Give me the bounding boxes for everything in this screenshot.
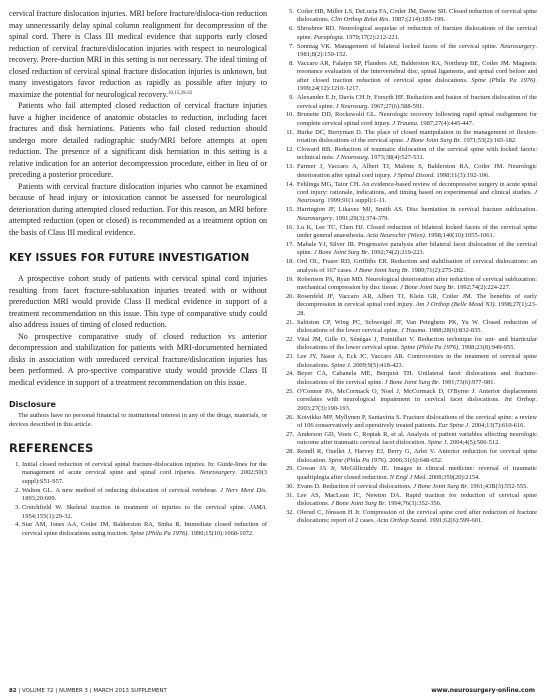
reference-journal: J Bone Joint Surg Br [413,483,467,490]
reference-citation: . 1961;43B(3):552-555. [467,483,528,490]
references-heading: REFERENCES [9,441,267,455]
journal-page: cervical fracture dislocation injuries. … [9,8,537,690]
reference-item: 15.Harrington JF, Likavec MJ, Smith AS. … [283,206,537,223]
paragraph-key-issue-1: A prospective cohort study of patients w… [9,273,267,331]
paragraph-text: cervical fracture dislocation injuries. … [9,9,267,99]
reference-item: 3.Crutchfield W. Skeletal traction in tr… [9,504,267,521]
issue-info: | VOLUME 72 | NUMBER 3 | MARCH 2013 SUPP… [17,688,167,694]
reference-citation: . 1973;38(4):527-531. [368,154,425,161]
disclosure-text: The authors have no personal financial o… [9,412,267,429]
reference-number: 10. [283,111,294,119]
reference-journal: Spine J [331,362,350,369]
reference-journal: Spine J [428,439,447,446]
reference-journal: Eur Spine J [438,422,468,429]
reference-journal: Am J Orthop (Belle Mead NJ) [416,301,495,308]
reference-journal: J Nerv Ment Dis [220,487,265,494]
reference-number: 9. [283,94,294,102]
reference-list-right: 5.Cotler HB, Miller LS, DeLucia FA, Cotl… [283,8,537,526]
reference-journal: Neurosurgery [500,43,535,50]
reference-number: 31. [283,492,294,500]
reference-item: 17.Mahale YJ, Silver JR. Progressive par… [283,241,537,258]
reference-item: 18.Ord OL, Fraser RD, Griffiths ER. Redu… [283,258,537,275]
reference-item: 27.Anderson GD, Voets C, Ropiak R, et al… [283,431,537,448]
reference-journal: J Neurosurg [336,103,368,110]
reference-citation: . 1998;23(8):949-955. [458,344,515,351]
reference-journal: N Engl J Med [390,474,426,481]
reference-item: 29.Cowan JA Jr, McGillicuddy JE. Images … [283,465,537,482]
reference-number: 23. [283,353,294,361]
paragraph-mri-timing: cervical fracture dislocation injuries. … [9,8,267,100]
reference-number: 4. [9,521,20,529]
reference-journal: Int Orthop [505,396,536,403]
reference-journal: J Neurosurg [336,154,368,161]
reference-citation: . 2004;4(5):506-512. [446,439,499,446]
reference-item: 31.Lee AS, MacLean JC, Newton DA. Rapid … [283,492,537,509]
page-number: 82 [9,688,17,694]
reference-journal: Neurosurgery [200,469,235,476]
reference-citation: . 2006;31(6):648-652. [386,457,443,464]
reference-item: 12.Cloward RB. Reduction of traumatic di… [283,146,537,163]
reference-text: O'Connor PA, McCormack O, Noel J, McCorm… [297,388,537,403]
reference-number: 24. [283,370,294,378]
reference-text: Crutchfield W. Skeletal traction in trea… [22,504,249,511]
reference-item: 25.O'Connor PA, McCormack O, Noel J, McC… [283,388,537,413]
reference-text: Anderson GD, Voets C, Ropiak R, et al. A… [297,431,537,446]
reference-number: 22. [283,336,294,344]
reference-item: 30.Evans D. Reduction of cervical disloc… [283,483,537,491]
reference-item: 2.Walton GL. A new method of reducing di… [9,487,267,504]
reference-citation: . 1991;73(6):977-981. [438,379,495,386]
reference-citation: . 1989;71(2):275-282. [408,267,465,274]
reference-journal: J Bone Joint Surg Br [331,500,385,507]
reference-citation: . 1988;28(6):832-835. [425,327,482,334]
reference-item: 7.Sonntag VK. Management of bilateral lo… [283,43,537,60]
reference-number: 21. [283,319,294,327]
reference-journal: JAMA [249,504,265,511]
reference-number: 16. [283,224,294,232]
reference-list-left: 1.Initial closed reduction of cervical s… [9,461,267,538]
reference-journal: Neurosurgery [297,215,332,222]
reference-item: 21.Sabiston CP, Wing PC, Schweigel JF, V… [283,319,537,336]
reference-number: 1. [9,461,20,469]
disclosure-heading: Disclosure [9,400,267,409]
reference-journal: Spine (Phila Pa 1976) [471,77,535,84]
reference-number: 27. [283,431,294,439]
reference-number: 30. [283,483,294,491]
reference-text: Evans D. Reduction of cervical dislocati… [297,483,413,490]
reference-number: 14. [283,181,294,189]
reference-journal: Paraplegia [314,34,343,41]
reference-text: Walton GL. A new method of reducing disl… [22,487,220,494]
left-column: cervical fracture dislocation injuries. … [9,8,267,539]
reference-journal: Acta Orthop Scand [377,517,426,524]
reference-item: 28.Reindl R, Ouellet J, Harvey EJ, Berry… [283,448,537,465]
reference-journal: Spine (Phila Pa 1976) [328,457,385,464]
reference-number: 29. [283,465,294,473]
reference-journal: J Trauma [401,327,426,334]
reference-citation: . 1987;(214):185-199. [388,16,445,23]
reference-item: 4.Star AM, Jones AA, Cotler JM, Balderst… [9,521,267,538]
reference-item: 26.Koivikko MP, Myllynen P, Santavirta S… [283,414,537,431]
reference-number: 8. [283,60,294,68]
reference-number: 2. [9,487,20,495]
reference-journal: Spine (Phila Pa 1976) [130,530,187,537]
reference-number: 11. [283,129,294,137]
reference-item: 9.Alexander E Jr, Davis CH Jr, Forsyth H… [283,94,537,111]
reference-item: 14.Fehlings MG, Tator CH. An evidence-ba… [283,181,537,206]
reference-number: 7. [283,43,294,51]
reference-number: 17. [283,241,294,249]
reference-journal: J Bone Joint Surg Br [385,379,439,386]
reference-citation: . 1998;11(3):192-196. [433,172,489,179]
reference-number: 28. [283,448,294,456]
reference-citation: . 1987;27(4):445-447. [417,120,474,127]
reference-citation: . 1967;27(6):588-591. [367,103,424,110]
footer-issue-info: 82 | VOLUME 72 | NUMBER 3 | MARCH 2013 S… [9,688,167,694]
reference-citation: . 2009;9(5):418-423. [350,362,403,369]
reference-number: 18. [283,258,294,266]
reference-citation: . 1971;53(2):165-182. [460,137,517,144]
reference-text: Harrington JF, Likavec MJ, Smith AS. Dis… [297,206,537,213]
reference-number: 5. [283,8,294,16]
section-heading-key-issues: KEY ISSUES FOR FUTURE INVESTIGATION [9,252,267,264]
reference-number: 3. [9,504,20,512]
reference-citation: . 1991;62(6):599-601. [426,517,483,524]
reference-citation: . 1992;74(2):219-223. [368,249,425,256]
reference-journal: J Trauma [392,120,417,127]
reference-item: 10.Brunette DD, Rockswold GL. Neurologic… [283,111,537,128]
reference-item: 5.Cotler HB, Miller LS, DeLucia FA, Cotl… [283,8,537,25]
reference-item: 1.Initial closed reduction of cervical s… [9,461,267,486]
reference-citation: . 1994;76(3):352-356. [385,500,442,507]
reference-citation: . 1992;74(2):224-227. [454,284,511,291]
reference-citation: . 1990;15(10):1068-1072. [187,530,253,537]
reference-item: 6.Shrosbree RD. Neurological sequelae of… [283,25,537,42]
reference-text: Sonntag VK. Management of bilateral lock… [297,43,500,50]
reference-number: 32. [283,509,294,517]
reference-citation: . 2008;359(20):2154. [425,474,480,481]
reference-number: 15. [283,206,294,214]
reference-item: 11.Burke DC, Berryman D. The place of cl… [283,129,537,146]
reference-item: 16.Lu K, Lee TC, Chen HJ. Closed reducti… [283,224,537,241]
citation-superscript: 10,15,29-32 [168,91,192,96]
reference-citation: . 1979;17(2):212-221. [343,34,400,41]
reference-text: Fehlings MG, Tator CH. An evidence-based… [297,181,537,196]
reference-number: 13. [283,163,294,171]
reference-journal: J Bone Joint Surg Br [400,284,454,291]
reference-citation: . 2004;13(7):610-616. [468,422,525,429]
reference-journal: J Bone Joint Surg Br [406,137,460,144]
right-column: 5.Cotler HB, Miller LS, DeLucia FA, Cotl… [283,8,537,526]
reference-citation: . 1991;29(3):374-379. [332,215,389,222]
paragraph-key-issue-2: No prospective comparative study of clos… [9,331,267,389]
reference-number: 20. [283,293,294,301]
reference-item: 8.Vaccaro AR, Falatyn SP, Flanders AE, B… [283,60,537,94]
reference-journal: Acta Neurochir (Wien) [366,232,424,239]
reference-item: 22.Vital JM, Gille O, Sénégas J, Pointil… [283,336,537,353]
reference-journal: J Spinal Disord [393,172,433,179]
reference-journal: J Bone Joint Surg Br [354,267,408,274]
reference-number: 12. [283,146,294,154]
paragraph-failed-reduction: Patients who fail attempted closed reduc… [9,100,267,181]
reference-journal: Clin Orthop Relat Res [331,16,388,23]
reference-number: 6. [283,25,294,33]
paragraph-unexaminable-patients: Patients with cervical fracture dislocat… [9,181,267,239]
reference-item: 23.Lee JY, Nassr A, Eck JC, Vaccaro AR. … [283,353,537,370]
reference-journal: Spine (Phila Pa 1976) [401,344,458,351]
reference-item: 19.Robertson PA, Ryan MD. Neurological d… [283,276,537,293]
footer-website[interactable]: www.neurosurgery-online.com [431,687,535,694]
reference-item: 32.Olerud C, Jónsson H Jr. Compression o… [283,509,537,526]
reference-item: 24.Beyer CA, Cabanela ME, Berquist TH. U… [283,370,537,387]
reference-citation: . 1998;140(10):1055-1061. [425,232,495,239]
reference-citation: . 1999;91(1 suppl):1-11. [324,197,386,204]
reference-number: 19. [283,276,294,284]
reference-item: 20.Rosenfeld JF, Vaccaro AR, Albert TJ, … [283,293,537,318]
reference-item: 13.Farmer J, Vaccaro A, Albert TJ, Malon… [283,163,537,180]
reference-journal: J Bone Joint Surg Br [314,249,368,256]
reference-number: 26. [283,414,294,422]
reference-number: 25. [283,388,294,396]
